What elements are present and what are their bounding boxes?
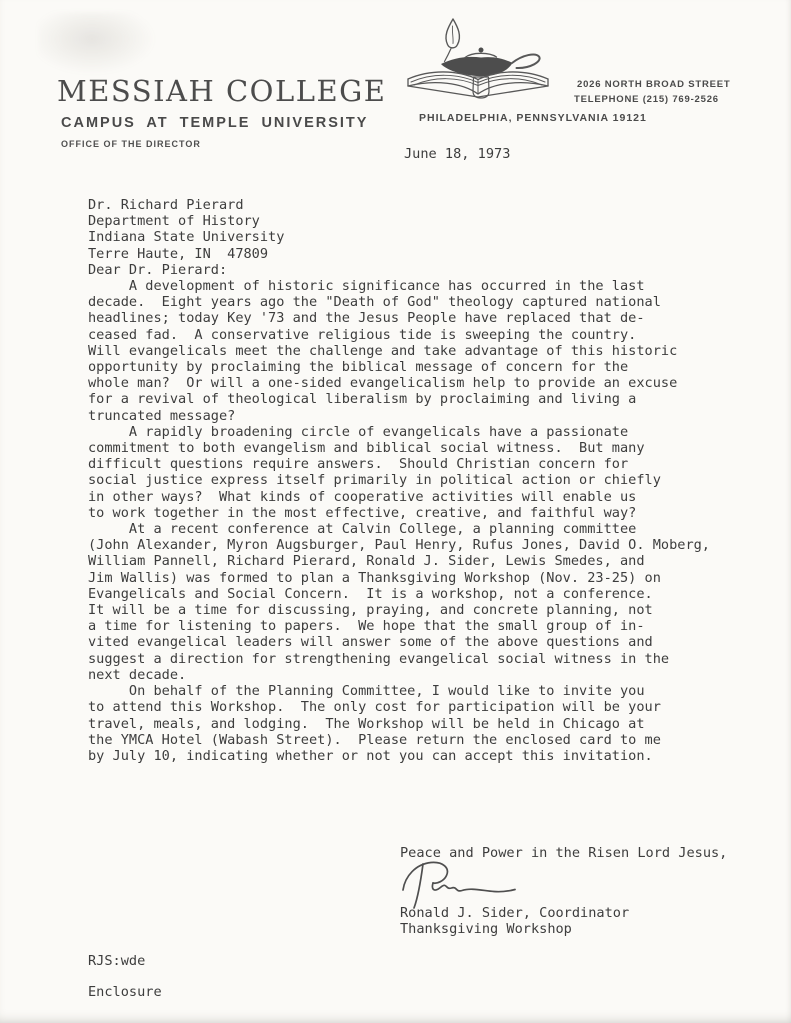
city-state-zip: PHILADELPHIA, PENNSYLVANIA 19121 xyxy=(419,112,647,124)
scan-smudge xyxy=(38,12,158,76)
typist-reference: RJS:wde xyxy=(88,953,145,969)
college-name: MESSIAH COLLEGE xyxy=(57,74,386,108)
salutation: Dear Dr. Pierard: xyxy=(88,262,710,278)
signature-block: Ronald J. Sider, Coordinator Thanksgivin… xyxy=(400,905,629,937)
letter-page: MESSIAH COLLEGE CAMPUS AT TEMPLE UNIVERS… xyxy=(0,0,791,1023)
lamp-on-book-logo-icon xyxy=(400,16,556,108)
telephone-line: TELEPHONE (215) 769-2526 xyxy=(574,94,719,105)
street-address: 2026 NORTH BROAD STREET xyxy=(577,79,731,90)
paragraph-2: A rapidly broadening circle of evangelic… xyxy=(88,424,710,521)
recipient-address: Dr. Richard Pierard Department of Histor… xyxy=(88,197,710,262)
paragraph-4: On behalf of the Planning Committee, I w… xyxy=(88,683,710,764)
letter-body: Dr. Richard Pierard Department of Histor… xyxy=(88,197,710,764)
enclosure-note: Enclosure xyxy=(88,984,162,1000)
paragraph-3: At a recent conference at Calvin College… xyxy=(88,521,710,683)
campus-subtitle: CAMPUS AT TEMPLE UNIVERSITY xyxy=(61,115,368,131)
paragraph-1: A development of historic significance h… xyxy=(88,278,710,424)
handwritten-signature xyxy=(396,858,526,910)
office-of-director-label: OFFICE OF THE DIRECTOR xyxy=(61,139,201,149)
date-line: June 18, 1973 xyxy=(404,146,510,162)
